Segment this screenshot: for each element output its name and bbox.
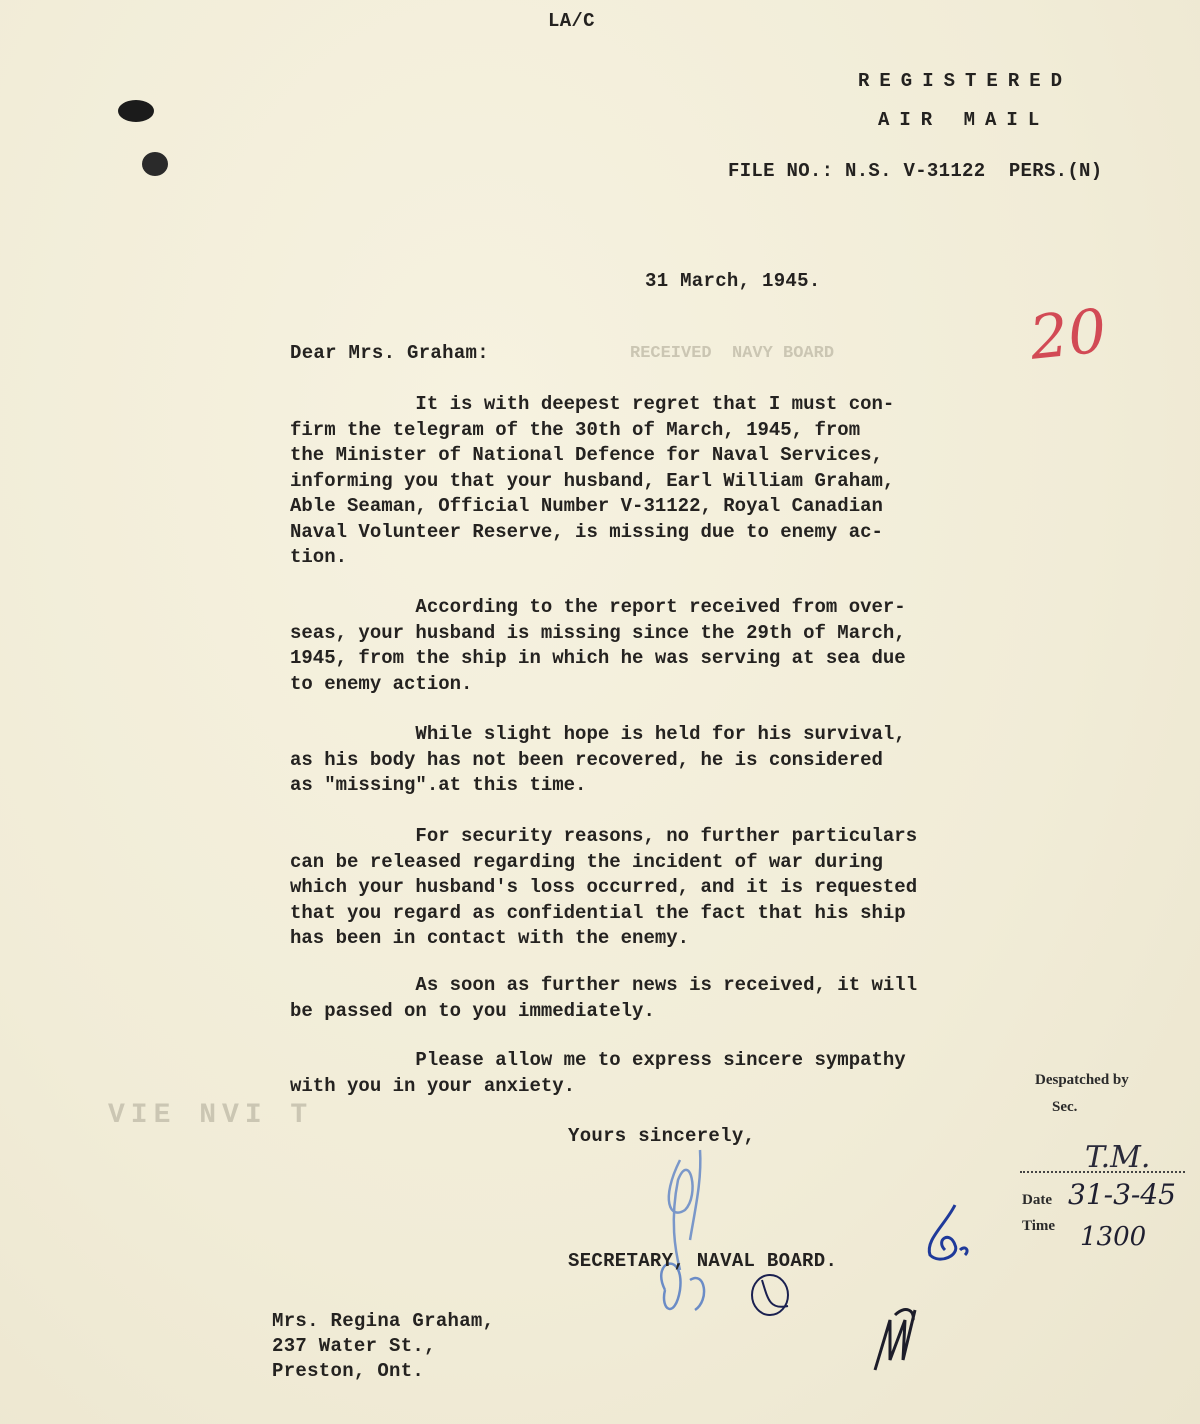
show-through-text: RECEIVED NAVY BOARD: [630, 344, 834, 363]
file-number: FILE NO.: N.S. V-31122 PERS.(N): [728, 160, 1102, 182]
signatory-title: SECRETARY, NAVAL BOARD.: [568, 1250, 837, 1272]
body-paragraph-4: For security reasons, no further particu…: [290, 824, 990, 952]
despatch-initials: T.M.: [1085, 1140, 1150, 1175]
initials-mark: [915, 1200, 975, 1270]
initials-la: [740, 1270, 820, 1330]
show-through-text: VIE NVI T: [108, 1100, 313, 1131]
air-mail-label: AIR MAIL: [878, 109, 1049, 131]
despatch-time-label: Time: [1022, 1218, 1055, 1235]
initials-mw: [865, 1300, 925, 1380]
salutation: Dear Mrs. Graham:: [290, 342, 489, 364]
recipient-street: 237 Water St.,: [272, 1335, 436, 1357]
punch-hole-bottom: [142, 152, 168, 176]
registered-label: REGISTERED: [858, 70, 1072, 92]
letter-paper: [0, 0, 1200, 1424]
despatch-date-label: Date: [1022, 1192, 1052, 1209]
despatch-stamp-line2: Sec.: [1052, 1099, 1077, 1116]
despatch-stamp-line1: Despatched by: [1035, 1072, 1129, 1089]
red-pencil-annotation: 20: [1027, 296, 1110, 374]
body-paragraph-3: While slight hope is held for his surviv…: [290, 722, 990, 799]
punch-hole-top: [118, 100, 154, 122]
despatch-dotted-line: [1020, 1171, 1185, 1173]
recipient-name: Mrs. Regina Graham,: [272, 1310, 494, 1332]
despatch-time-value: 1300: [1080, 1222, 1146, 1252]
reference-code: LA/C: [548, 10, 595, 32]
body-paragraph-1: It is with deepest regret that I must co…: [290, 392, 990, 571]
body-paragraph-6: Please allow me to express sincere sympa…: [290, 1048, 990, 1099]
recipient-city: Preston, Ont.: [272, 1360, 424, 1382]
body-paragraph-5: As soon as further news is received, it …: [290, 973, 990, 1024]
despatch-date-value: 31-3-45: [1068, 1178, 1176, 1211]
body-paragraph-2: According to the report received from ov…: [290, 595, 990, 697]
letter-date: 31 March, 1945.: [645, 270, 821, 292]
